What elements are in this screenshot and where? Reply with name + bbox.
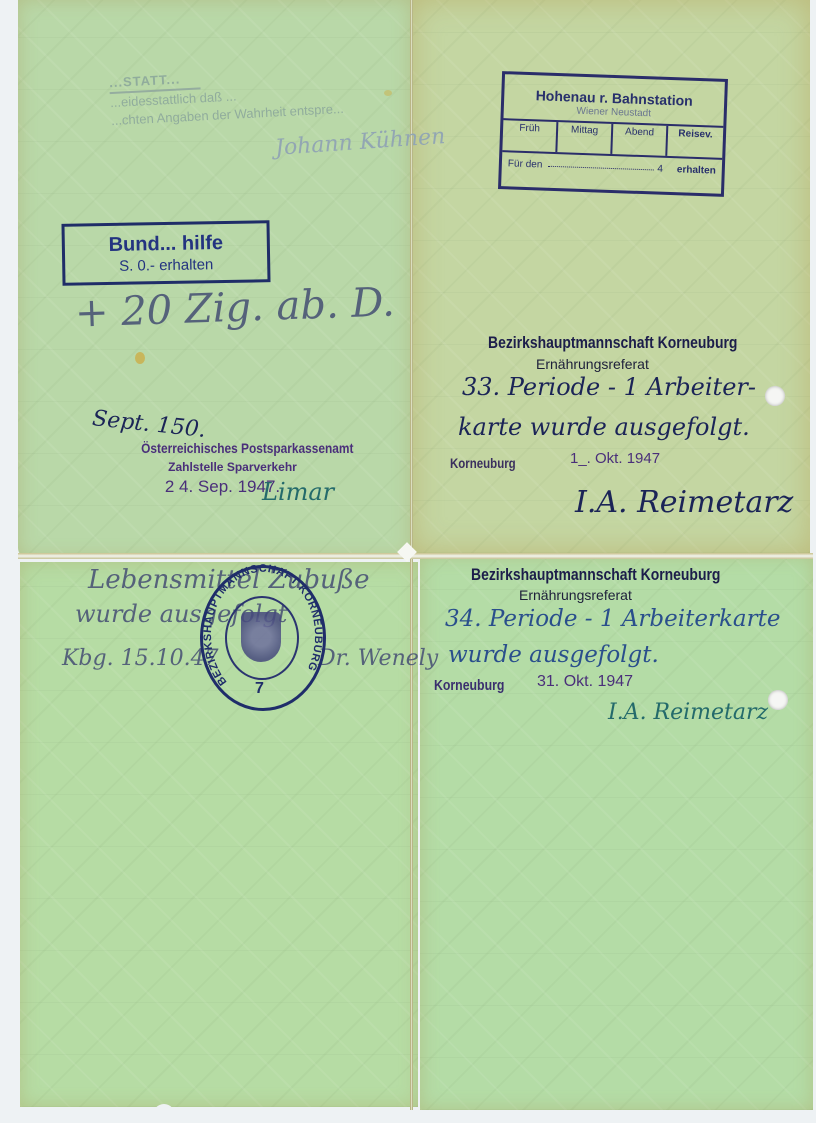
handwritten-period-33-line1: 33. Periode - 1 Arbeiter- xyxy=(462,373,756,401)
footer-label: Für den xyxy=(508,158,543,170)
meal-column: Abend xyxy=(612,124,668,156)
punch-hole-top xyxy=(765,386,785,406)
page-bottom-right xyxy=(420,555,813,1110)
date-stamp-date-2: 31. Okt. 1947 xyxy=(537,673,633,691)
meal-column: Reisev. xyxy=(667,126,723,158)
date-stamp-place-2: Korneuburg xyxy=(434,677,504,694)
bundeshilfe-amount: S. 0.- erhalten xyxy=(65,255,267,276)
bundeshilfe-stamp: Bund... hilfe S. 0.- erhalten xyxy=(61,220,270,286)
office-stamp-subheading-1: Ernährungsreferat xyxy=(536,356,649,372)
horizontal-fold xyxy=(18,553,813,559)
supplement-signature: Dr. Wenely xyxy=(318,646,438,671)
office-signature-2: I.A. Reimetarz xyxy=(608,700,768,725)
bundeshilfe-title: Bund... hilfe xyxy=(65,231,267,258)
postal-stamp-office: Österreichisches Postsparkassenamt xyxy=(141,440,324,456)
punch-hole-bottom xyxy=(768,690,788,710)
handwritten-period-33-line2: karte wurde ausgefolgt. xyxy=(458,413,750,441)
seal-number: 7 xyxy=(255,680,264,698)
stain xyxy=(384,90,392,96)
footer-received: erhalten xyxy=(677,164,716,176)
footer-number: 4 xyxy=(657,164,663,175)
handwritten-period-34-line1: 34. Periode - 1 Arbeiterkarte xyxy=(445,606,780,632)
coat-of-arms-icon xyxy=(241,612,281,662)
office-stamp-subheading-2: Ernährungsreferat xyxy=(519,587,632,603)
stain xyxy=(135,352,145,364)
station-box-stamp: Hohenau r. Bahnstation Wiener Neustadt F… xyxy=(498,71,728,197)
seal-inner-ring xyxy=(225,596,299,680)
date-stamp-date-1: 1_. Okt. 1947 xyxy=(570,450,660,467)
postal-signature: Limar xyxy=(262,478,334,506)
district-round-seal: BEZIRKSHAUPTMANNSCHAFT KORNEUBURG 7 xyxy=(200,565,326,711)
handwritten-period-34-line2: wurde ausgefolgt. xyxy=(448,642,659,668)
footer-blank-line xyxy=(548,160,653,171)
office-stamp-heading-1: Bezirkshauptmannschaft Korneuburg xyxy=(488,333,737,353)
postal-stamp-dept: Zahlstelle Sparverkehr xyxy=(125,460,340,474)
handwritten-supplement-date: Kbg. 15.10.47 xyxy=(62,646,219,671)
office-stamp-heading-2: Bezirkshauptmannschaft Korneuburg xyxy=(471,565,720,585)
meal-column: Früh xyxy=(502,120,558,152)
office-signature-1: I.A. Reimetarz xyxy=(575,485,793,520)
meal-column: Mittag xyxy=(557,122,613,154)
date-stamp-place-1: Korneuburg xyxy=(450,455,516,471)
